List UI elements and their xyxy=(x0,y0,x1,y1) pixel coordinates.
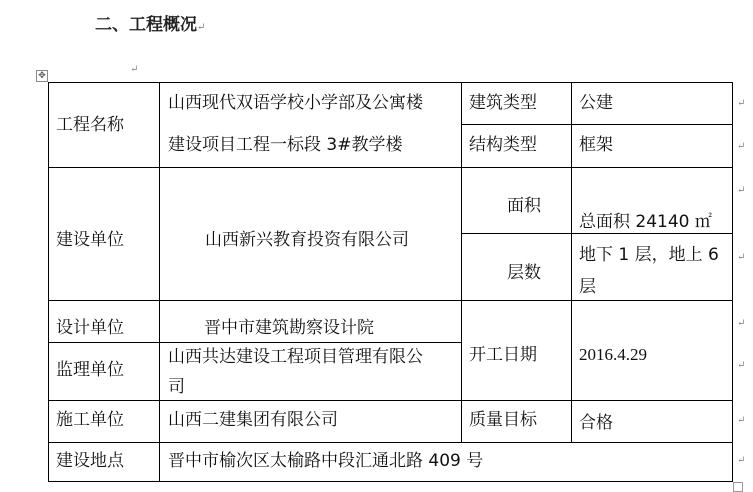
floors-label: 层数 xyxy=(507,256,541,290)
owner-value: 山西新兴教育投资有限公司 xyxy=(205,223,409,257)
floors-line2: 层 xyxy=(579,270,596,304)
paragraph-mark-icon: ↵ xyxy=(737,360,745,371)
quality-value: 合格 xyxy=(579,406,613,440)
structure-type-label: 结构类型 xyxy=(469,128,537,162)
project-name-label: 工程名称 xyxy=(56,108,124,142)
building-type-value: 公建 xyxy=(579,86,613,120)
table-move-handle-icon[interactable]: ✥ xyxy=(36,70,48,82)
contractor-label: 施工单位 xyxy=(56,403,124,437)
paragraph-mark-icon: ↵ xyxy=(737,141,745,152)
section-heading: 二、工程概况↵ xyxy=(95,10,205,35)
designer-label: 设计单位 xyxy=(56,311,124,345)
owner-label: 建设单位 xyxy=(56,223,124,257)
area-label: 面积 xyxy=(507,189,541,223)
floors-line1: 地下 1 层，地上 6 xyxy=(579,238,719,272)
paragraph-mark-icon: ↵ xyxy=(737,98,745,109)
building-type-label: 建筑类型 xyxy=(469,86,537,120)
project-name-line2: 建设项目工程一标段 3#教学楼 xyxy=(168,128,402,162)
paragraph-mark-icon: ↵ xyxy=(737,252,745,263)
paragraph-mark-icon: ↵ xyxy=(737,455,745,466)
paragraph-mark-icon: ↵ xyxy=(737,185,745,196)
start-date-value: 2016.4.29 xyxy=(579,338,647,372)
table-resize-handle-icon[interactable] xyxy=(733,482,743,492)
paragraph-mark-icon: ↵ xyxy=(737,318,745,329)
project-name-line1: 山西现代双语学校小学部及公寓楼 xyxy=(168,86,423,120)
contractor-value: 山西二建集团有限公司 xyxy=(168,403,338,437)
supervisor-line2: 司 xyxy=(168,370,185,404)
paragraph-mark-icon: ↵ xyxy=(737,415,745,426)
location-label: 建设地点 xyxy=(56,444,124,478)
supervisor-label: 监理单位 xyxy=(56,353,124,387)
structure-type-value: 框架 xyxy=(579,128,613,162)
supervisor-line1: 山西共达建设工程项目管理有限公 xyxy=(168,340,423,374)
area-value: 总面积 24140 ㎡ xyxy=(579,205,712,239)
location-value: 晋中市榆次区太榆路中段汇通北路 409 号 xyxy=(168,444,483,478)
start-date-label: 开工日期 xyxy=(469,338,537,372)
quality-label: 质量目标 xyxy=(469,403,537,437)
paragraph-mark-icon: ↵ xyxy=(130,64,138,75)
